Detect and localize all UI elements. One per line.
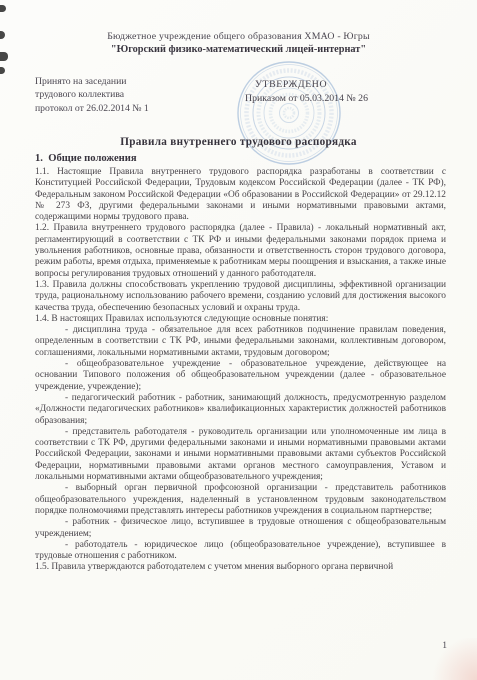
definition-item: - представитель работодателя - руководит… — [35, 427, 446, 483]
approved-order-line: Приказом от 05.03.2014 № 26 — [245, 92, 368, 106]
accepted-block: Принято на заседании трудового коллектив… — [35, 75, 149, 115]
definition-item: - общеобразовательное учреждение - образ… — [35, 359, 446, 393]
body-paragraph: 1.1. Настоящие Правила внутреннего трудо… — [35, 167, 446, 223]
accepted-line: Принято на заседании — [35, 75, 149, 88]
round-seal-stamp — [236, 60, 342, 166]
definition-item: - дисциплина труда - обязательное для вс… — [35, 325, 446, 359]
document-header: Бюджетное учреждение общего образования … — [0, 31, 477, 55]
scan-artifact — [0, 5, 6, 12]
document-page: Бюджетное учреждение общего образования … — [0, 0, 477, 680]
accepted-line: протокол от 26.02.2014 № 1 — [35, 102, 149, 115]
scan-smudge — [431, 638, 477, 680]
approved-label: УТВЕРЖДЕНО — [245, 78, 368, 92]
body-paragraph: 1.5. Правила утверждаются работодателем … — [35, 562, 446, 573]
body-paragraph: 1.2. Правила внутреннего трудового распо… — [35, 223, 446, 279]
document-title: Правила внутреннего трудового распорядка — [0, 136, 477, 148]
organization-name-line2: "Югорский физико-математический лицей-ин… — [0, 44, 477, 55]
organization-name-line1: Бюджетное учреждение общего образования … — [0, 31, 477, 42]
definition-item: - выборный орган первичной профсоюзной о… — [35, 483, 446, 517]
body-paragraph: 1.4. В настоящих Правилах используются с… — [35, 314, 446, 325]
definition-item: - работодатель - юридическое лицо (общео… — [35, 540, 446, 563]
accepted-line: трудового коллектива — [35, 88, 149, 101]
scan-artifact — [0, 67, 5, 74]
definition-item: - педагогический работник - работник, за… — [35, 393, 446, 427]
approved-block: УТВЕРЖДЕНО Приказом от 05.03.2014 № 26 — [245, 78, 368, 106]
definition-item: - работник - физическое лицо, вступившее… — [35, 517, 446, 540]
body-paragraph: 1.3. Правила должны способствовать укреп… — [35, 280, 446, 314]
section-heading: 1. Общие положения — [35, 153, 137, 164]
document-body: 1.1. Настоящие Правила внутреннего трудо… — [35, 167, 446, 574]
